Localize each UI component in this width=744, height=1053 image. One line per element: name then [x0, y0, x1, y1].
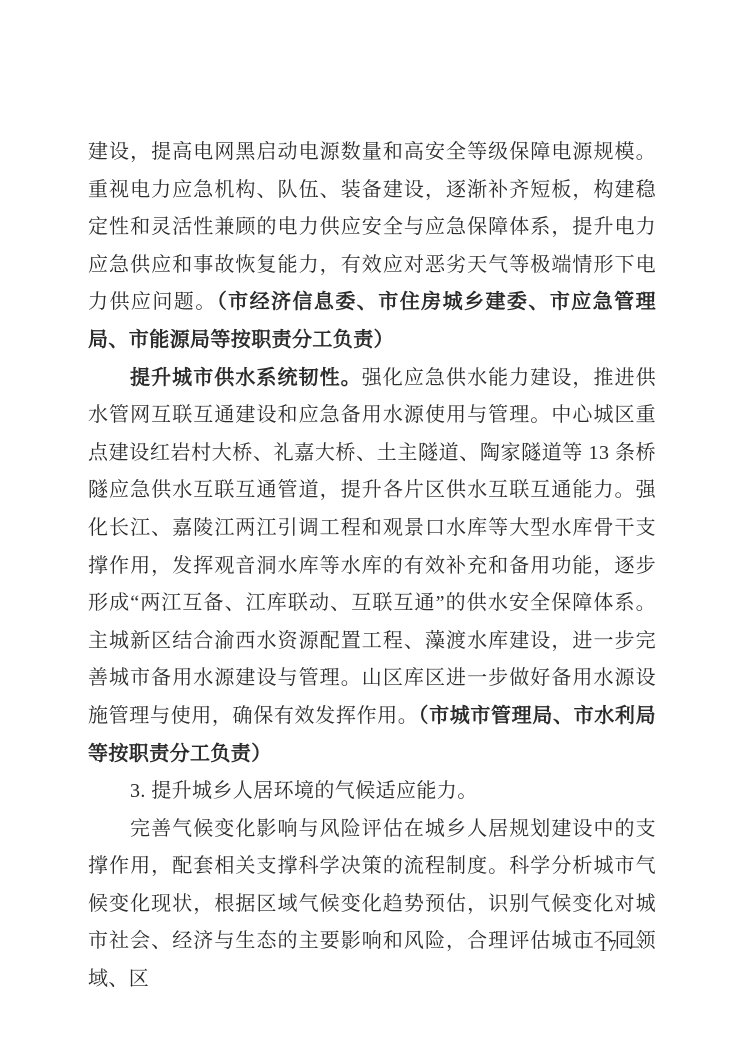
- paragraph-water-supply-resilience: 提升城市供水系统韧性。强化应急供水能力建设，推进供水管网互联互通建设和应急备用水…: [88, 360, 656, 774]
- document-page: 建设，提高电网黑启动电源数量和高安全等级保障电源规模。重视电力应急机构、队伍、装…: [0, 0, 744, 1053]
- section-heading-3: 3. 提升城乡人居环境的气候适应能力。: [88, 773, 656, 811]
- para2-body-text: 强化应急供水能力建设，推进供水管网互联互通建设和应急备用水源使用与管理。中心城区…: [88, 367, 656, 727]
- page-number-text: — 17 —: [576, 936, 640, 955]
- document-body: 建设，提高电网黑启动电源数量和高安全等级保障电源规模。重视电力应急机构、队伍、装…: [88, 134, 656, 999]
- para2-lead-sentence: 提升城市供水系统韧性。: [130, 367, 362, 389]
- paragraph-power-emergency: 建设，提高电网黑启动电源数量和高安全等级保障电源规模。重视电力应急机构、队伍、装…: [88, 134, 656, 360]
- para1-body-text: 建设，提高电网黑启动电源数量和高安全等级保障电源规模。重视电力应急机构、队伍、装…: [88, 141, 656, 313]
- paragraph-climate-adaptation: 完善气候变化影响与风险评估在城乡人居规划建设中的支撑作用，配套相关支撑科学决策的…: [88, 811, 656, 999]
- para4-body-text: 完善气候变化影响与风险评估在城乡人居规划建设中的支撑作用，配套相关支撑科学决策的…: [88, 818, 656, 990]
- page-number: — 17 —: [576, 934, 640, 958]
- section-heading-3-text: 3. 提升城乡人居环境的气候适应能力。: [130, 780, 478, 802]
